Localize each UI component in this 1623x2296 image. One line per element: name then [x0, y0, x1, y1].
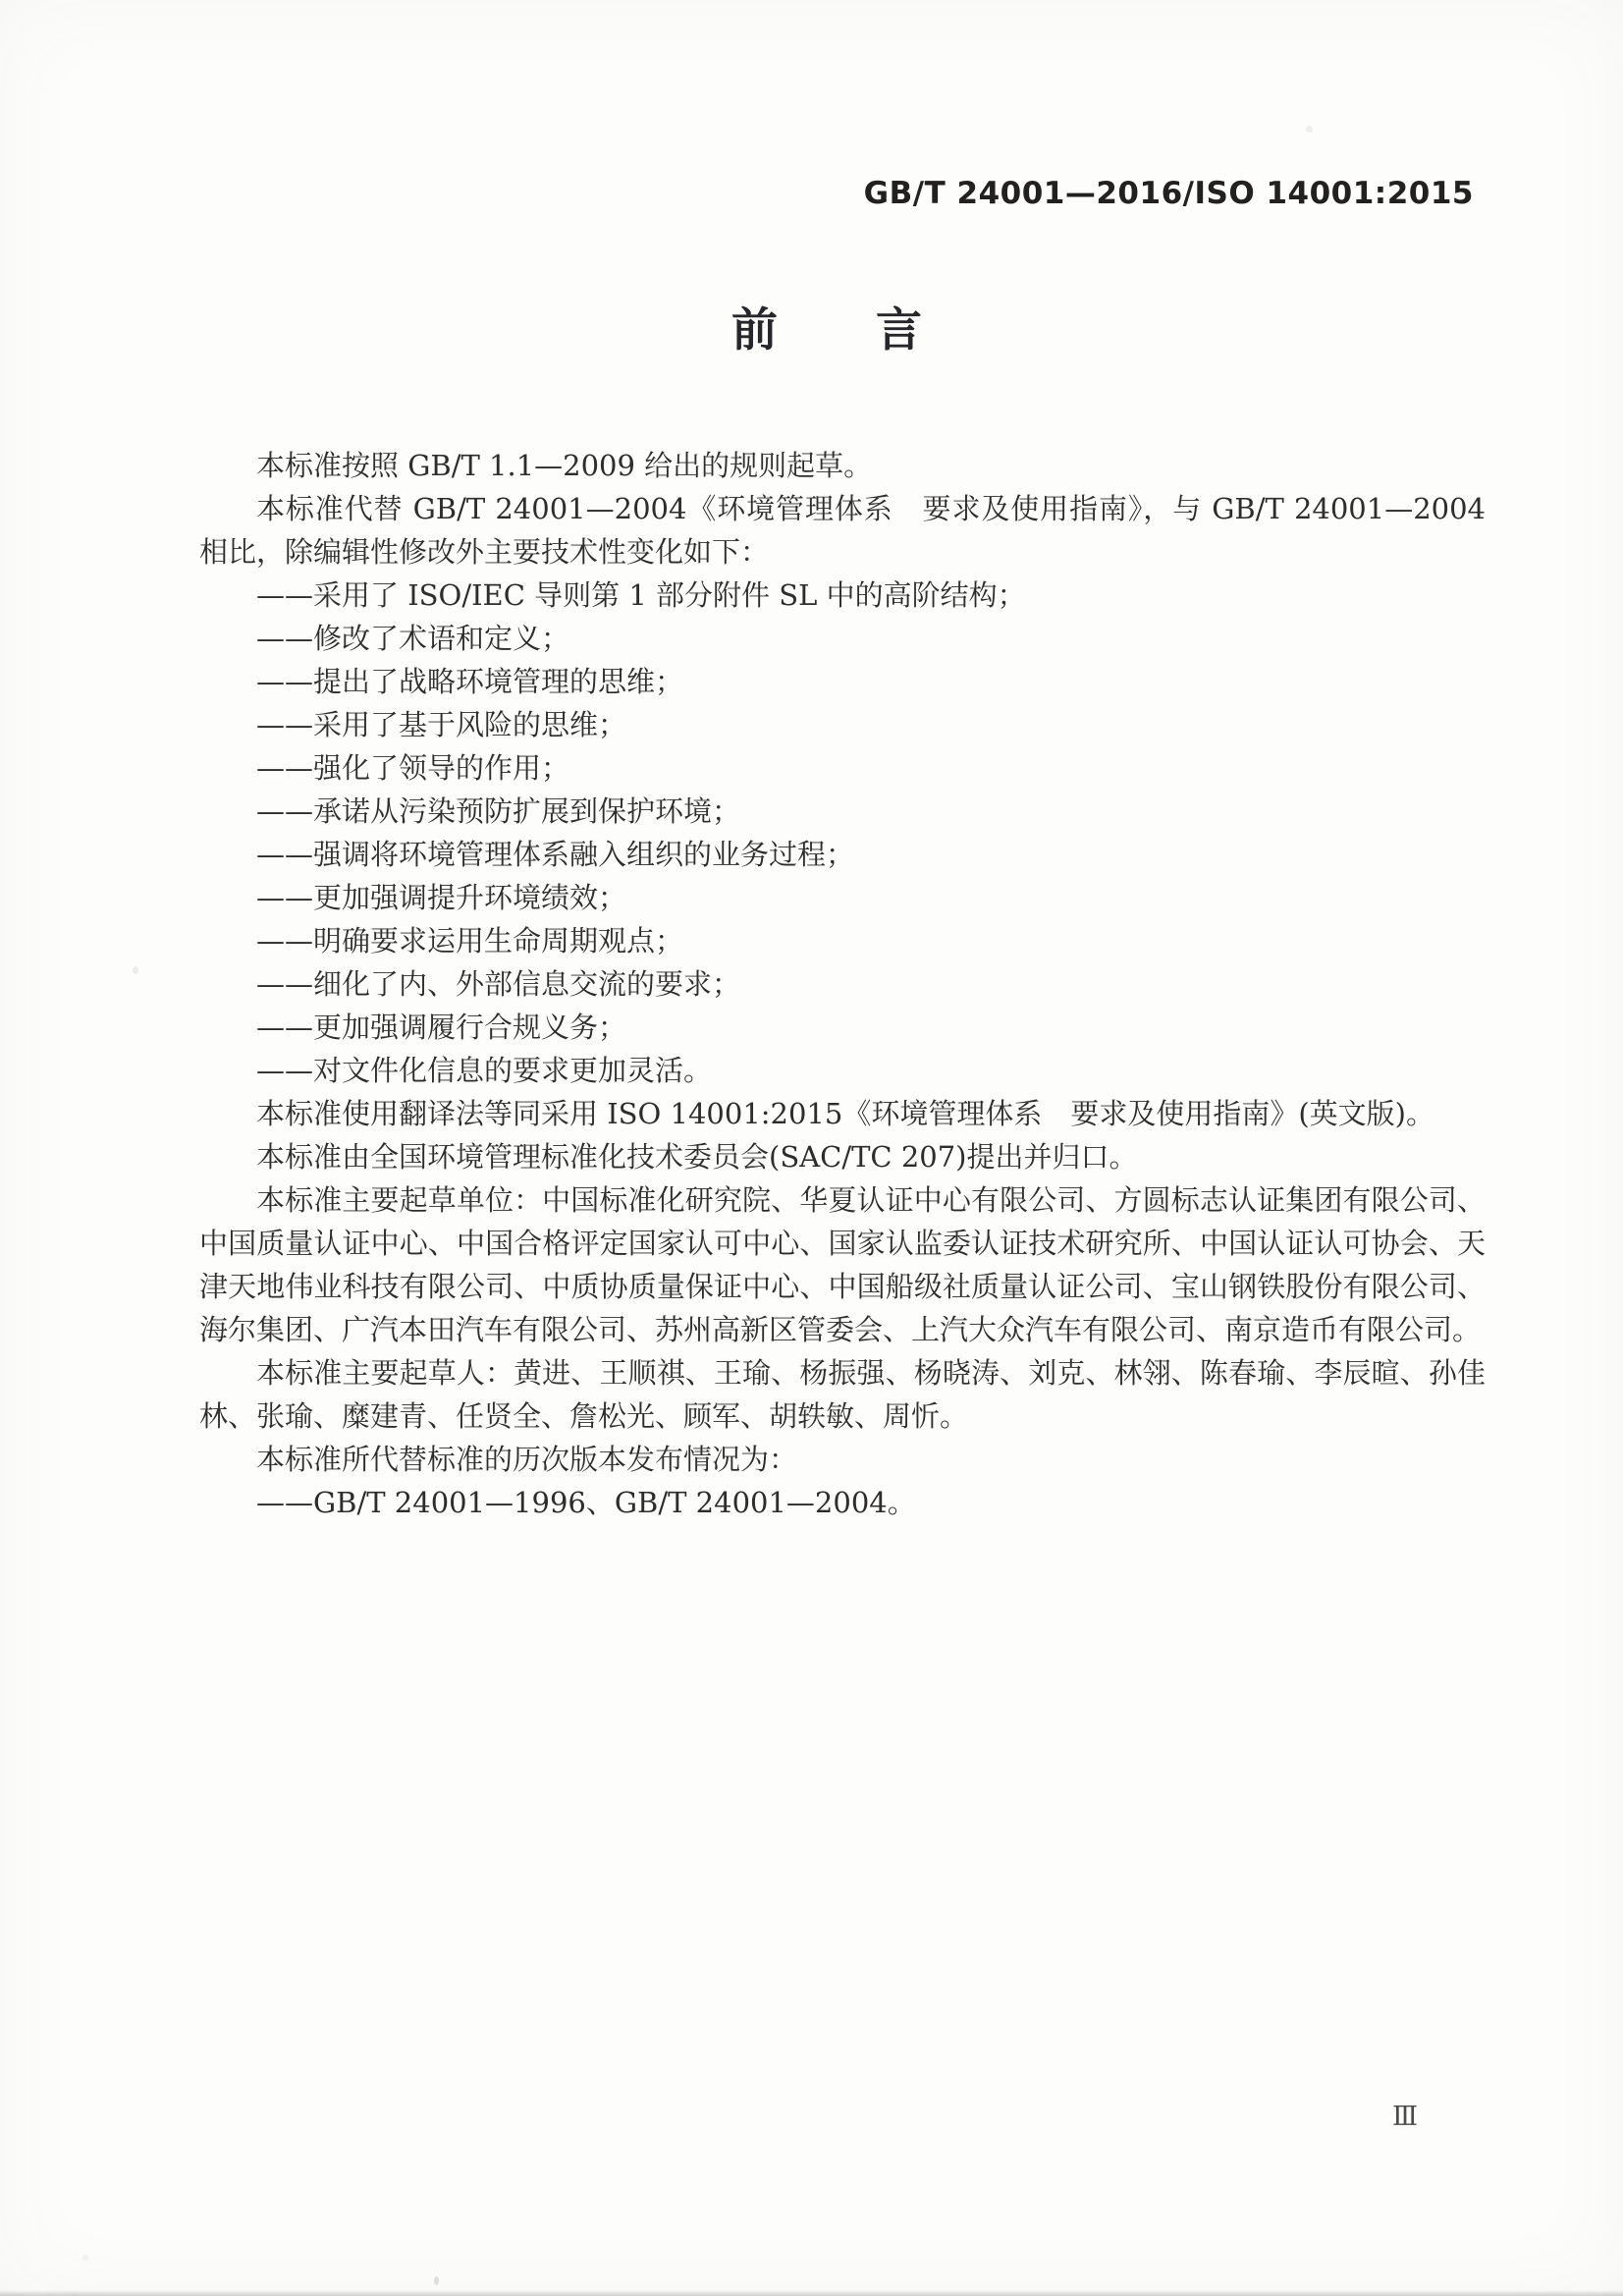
- change-item: ——承诺从污染预防扩展到保护环境；: [199, 790, 1486, 833]
- paragraph-drafters: 本标准主要起草人：黄进、王顺祺、王瑜、杨振强、杨晓涛、刘克、林翎、陈春瑜、李辰暄…: [199, 1351, 1486, 1438]
- change-item: ——细化了内、外部信息交流的要求；: [199, 962, 1486, 1006]
- scanned-document-page: GB/T 24001—2016/ISO 14001:2015 前 言 本标准按照…: [0, 0, 1623, 2296]
- change-item: ——对文件化信息的要求更加灵活。: [199, 1049, 1486, 1092]
- foreword-body: 本标准按照 GB/T 1.1—2009 给出的规则起草。 本标准代替 GB/T …: [199, 444, 1486, 1524]
- scan-speck: [1306, 126, 1313, 133]
- scan-bottom-edge: [0, 2290, 1623, 2296]
- paragraph-translation-method: 本标准使用翻译法等同采用 ISO 14001:2015《环境管理体系 要求及使用…: [199, 1092, 1486, 1135]
- change-item: ——采用了 ISO/IEC 导则第 1 部分附件 SL 中的高阶结构；: [199, 574, 1486, 617]
- page-number: Ⅲ: [1392, 2102, 1418, 2132]
- change-item: ——提出了战略环境管理的思维；: [199, 660, 1486, 703]
- paragraph-replacement: 本标准代替 GB/T 24001—2004《环境管理体系 要求及使用指南》，与 …: [199, 487, 1486, 574]
- paragraph-drafting-units: 本标准主要起草单位：中国标准化研究院、华夏认证中心有限公司、方圆标志认证集团有限…: [199, 1178, 1486, 1351]
- change-item: ——更加强调提升环境绩效；: [199, 876, 1486, 919]
- paragraph-drafting-rule: 本标准按照 GB/T 1.1—2009 给出的规则起草。: [199, 444, 1486, 487]
- change-item: ——强调将环境管理体系融入组织的业务过程；: [199, 833, 1486, 876]
- page-title-foreword: 前 言: [185, 302, 1471, 359]
- change-item: ——采用了基于风险的思维；: [199, 703, 1486, 746]
- change-item: ——更加强调履行合规义务；: [199, 1006, 1486, 1049]
- change-item: ——修改了术语和定义；: [199, 617, 1486, 660]
- version-history-item: ——GB/T 24001—1996、GB/T 24001—2004。: [199, 1481, 1486, 1524]
- paragraph-version-history-intro: 本标准所代替标准的历次版本发布情况为：: [199, 1438, 1486, 1481]
- paragraph-committee: 本标准由全国环境管理标准化技术委员会(SAC/TC 207)提出并归口。: [199, 1135, 1486, 1178]
- scan-speck: [434, 2276, 439, 2285]
- scan-speck: [82, 2255, 88, 2261]
- change-item: ——明确要求运用生命周期观点；: [199, 919, 1486, 962]
- standard-code-header: GB/T 24001—2016/ISO 14001:2015: [864, 176, 1474, 211]
- change-item: ——强化了领导的作用；: [199, 746, 1486, 790]
- scan-speck: [133, 966, 138, 974]
